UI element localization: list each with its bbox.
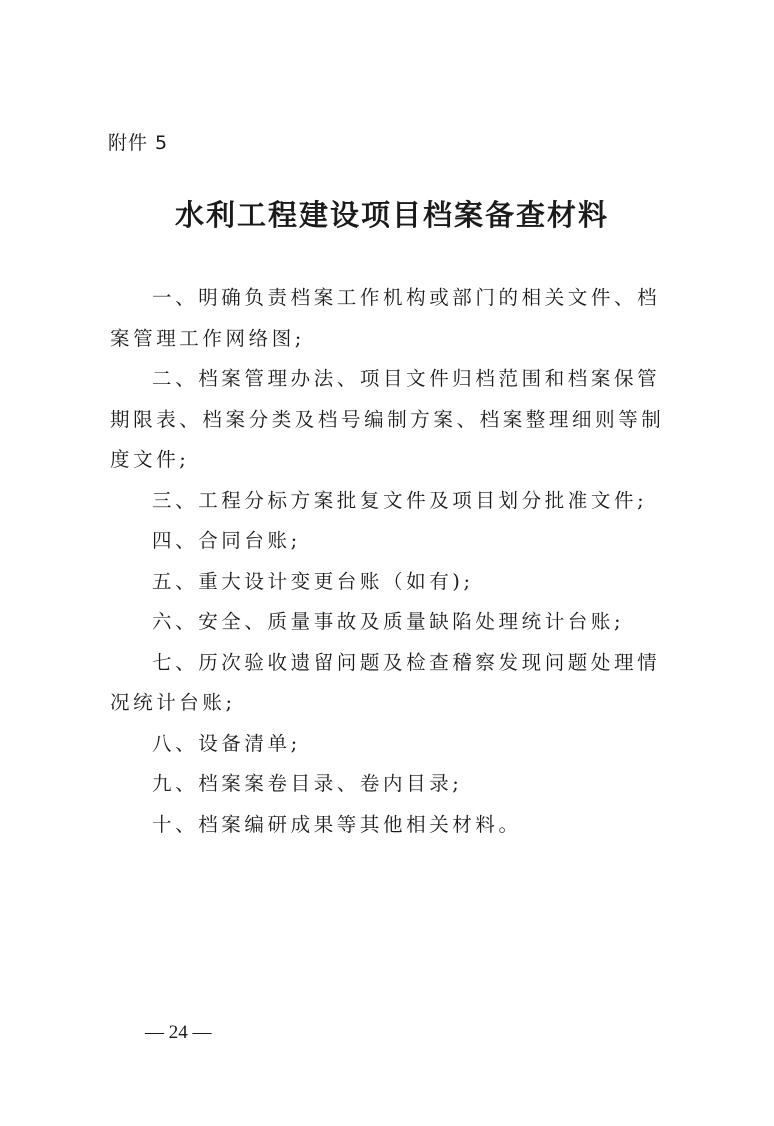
list-item: 十、档案编研成果等其他相关材料。 <box>110 805 680 846</box>
document-title: 水利工程建设项目档案备查材料 <box>0 193 774 234</box>
attachment-label: 附件 5 <box>108 128 168 155</box>
list-item: 八、设备清单; <box>110 724 680 765</box>
list-item: 九、档案案卷目录、卷内目录; <box>110 764 680 805</box>
list-item: 二、档案管理办法、项目文件归档范围和档案保管期限表、档案分类及档号编制方案、档案… <box>110 359 680 481</box>
page-number: — 24 — <box>145 1022 212 1044</box>
list-item: 一、明确负责档案工作机构或部门的相关文件、档案管理工作网络图; <box>110 278 680 359</box>
list-item: 四、合同台账; <box>110 521 680 562</box>
document-body: 一、明确负责档案工作机构或部门的相关文件、档案管理工作网络图; 二、档案管理办法… <box>110 278 680 845</box>
list-item: 三、工程分标方案批复文件及项目划分批准文件; <box>110 481 680 522</box>
list-item: 五、重大设计变更台账（如有); <box>110 562 680 603</box>
list-item: 六、安全、质量事故及质量缺陷处理统计台账; <box>110 602 680 643</box>
list-item: 七、历次验收遗留问题及检查稽察发现问题处理情况统计台账; <box>110 643 680 724</box>
